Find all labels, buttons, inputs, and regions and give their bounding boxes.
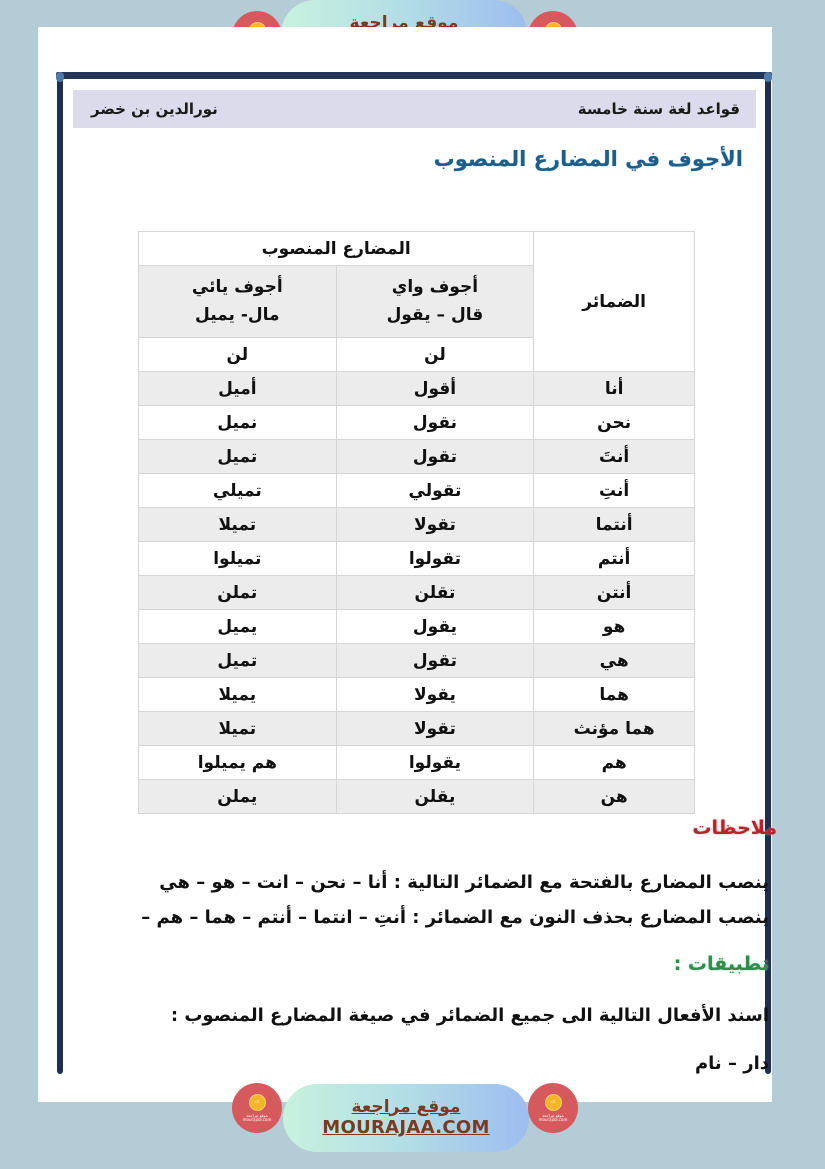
table-row: هي تقول تميل: [139, 644, 695, 678]
table-row: أنتن تقلن تملن: [139, 576, 695, 610]
conjugation-table: الضمائر المضارع المنصوب أجوف واي قال – ي…: [138, 231, 695, 814]
waw-example: قال – يقول: [337, 302, 534, 329]
applications-heading: تطبيقات :: [674, 953, 769, 975]
table-row: أنتم تقولوا تميلوا: [139, 542, 695, 576]
frame-top-bar: [56, 72, 772, 79]
note-line-1: ينصب المضارع بالفتحة مع الضمائر التالية …: [159, 872, 769, 893]
table-row: هم يقولوا هم يميلوا: [139, 746, 695, 780]
applications-instruction: اسند الأفعال التالية الى جميع الضمائر في…: [171, 1005, 769, 1026]
watermark-badge-left-bottom: ▭ موقع مراجعةmourajaa.com: [232, 1083, 282, 1133]
pronoun-cell: أنتَ: [534, 440, 695, 474]
applications-verbs: دار – نام: [695, 1053, 769, 1074]
waw-title: أجوف واي: [337, 274, 534, 301]
waw-cell: تقولوا: [336, 542, 534, 576]
waw-cell: تقولي: [336, 474, 534, 508]
pronoun-cell: هما: [534, 678, 695, 712]
frame-left-bar: [57, 72, 63, 1074]
frame-cap-left: [56, 72, 64, 82]
ya-column-header: أجوف يائي مال- يميل: [139, 266, 337, 338]
ya-cell: تميلا: [139, 508, 337, 542]
document-header: قواعد لغة سنة خامسة نورالدين بن خضر: [73, 90, 756, 128]
pronoun-cell: أنتم: [534, 542, 695, 576]
pronouns-header: الضمائر: [534, 232, 695, 372]
pronoun-cell: هن: [534, 780, 695, 814]
ya-title: أجوف يائي: [139, 274, 336, 301]
frame-cap-right: [764, 72, 772, 82]
badge-text: موقع مراجعةmourajaa.com: [539, 1114, 568, 1123]
pronoun-cell: هي: [534, 644, 695, 678]
ya-particle: لن: [139, 338, 337, 372]
watermark-domain: MOURAJAA.COM: [322, 1117, 489, 1140]
ya-cell: تميلوا: [139, 542, 337, 576]
table-row: هن يقلن يملن: [139, 780, 695, 814]
book-logo-icon: ▭: [545, 1094, 562, 1111]
ya-cell: يملن: [139, 780, 337, 814]
ya-cell: تميل: [139, 644, 337, 678]
waw-column-header: أجوف واي قال – يقول: [336, 266, 534, 338]
waw-cell: تقلن: [336, 576, 534, 610]
watermark-badge-right-bottom: ▭ موقع مراجعةmourajaa.com: [528, 1083, 578, 1133]
notes-heading: ملاحظات: [692, 817, 777, 839]
waw-cell: تقول: [336, 440, 534, 474]
waw-cell: يقولا: [336, 678, 534, 712]
waw-particle: لن: [336, 338, 534, 372]
table-row: هما يقولا يميلا: [139, 678, 695, 712]
ya-cell: تملن: [139, 576, 337, 610]
table-row: أنتَ تقول تميل: [139, 440, 695, 474]
ya-cell: يميل: [139, 610, 337, 644]
ya-example: مال- يميل: [139, 302, 336, 329]
table-row: أنا أقول أميل: [139, 372, 695, 406]
page-title: الأجوف في المضارع المنصوب: [434, 147, 743, 171]
table-row: هو يقول يميل: [139, 610, 695, 644]
group-header: المضارع المنصوب: [139, 232, 534, 266]
pronoun-cell: أنتِ: [534, 474, 695, 508]
waw-cell: تقولا: [336, 508, 534, 542]
pronoun-cell: أنتما: [534, 508, 695, 542]
waw-cell: يقول: [336, 610, 534, 644]
table-row: نحن نقول نميل: [139, 406, 695, 440]
waw-cell: تقول: [336, 644, 534, 678]
pronoun-cell: نحن: [534, 406, 695, 440]
book-logo-icon: ▭: [249, 1094, 266, 1111]
waw-cell: تقولا: [336, 712, 534, 746]
ya-cell: أميل: [139, 372, 337, 406]
table-row: أنتما تقولا تميلا: [139, 508, 695, 542]
table-row: أنتِ تقولي تميلي: [139, 474, 695, 508]
ya-cell: تميلا: [139, 712, 337, 746]
table-header-row: الضمائر المضارع المنصوب: [139, 232, 695, 266]
author-label: نورالدين بن خضر: [91, 100, 218, 118]
table-row: هما مؤنث تقولا تميلا: [139, 712, 695, 746]
ya-cell: نميل: [139, 406, 337, 440]
ya-cell: تميلي: [139, 474, 337, 508]
ya-cell: يميلا: [139, 678, 337, 712]
watermark-link-bottom[interactable]: موقع مراجعة MOURAJAA.COM: [283, 1084, 529, 1152]
waw-cell: أقول: [336, 372, 534, 406]
waw-cell: يقلن: [336, 780, 534, 814]
badge-text: موقع مراجعةmourajaa.com: [243, 1114, 272, 1123]
ya-cell: تميل: [139, 440, 337, 474]
pronoun-cell: هم: [534, 746, 695, 780]
ya-cell: هم يميلوا: [139, 746, 337, 780]
note-line-2: ينصب المضارع بحذف النون مع الضمائر : أنت…: [141, 907, 769, 928]
waw-cell: يقولوا: [336, 746, 534, 780]
pronoun-cell: أنا: [534, 372, 695, 406]
watermark-arabic: موقع مراجعة: [352, 1097, 461, 1117]
waw-cell: نقول: [336, 406, 534, 440]
pronoun-cell: هو: [534, 610, 695, 644]
pronoun-cell: هما مؤنث: [534, 712, 695, 746]
pronoun-cell: أنتن: [534, 576, 695, 610]
subject-label: قواعد لغة سنة خامسة: [578, 100, 740, 118]
